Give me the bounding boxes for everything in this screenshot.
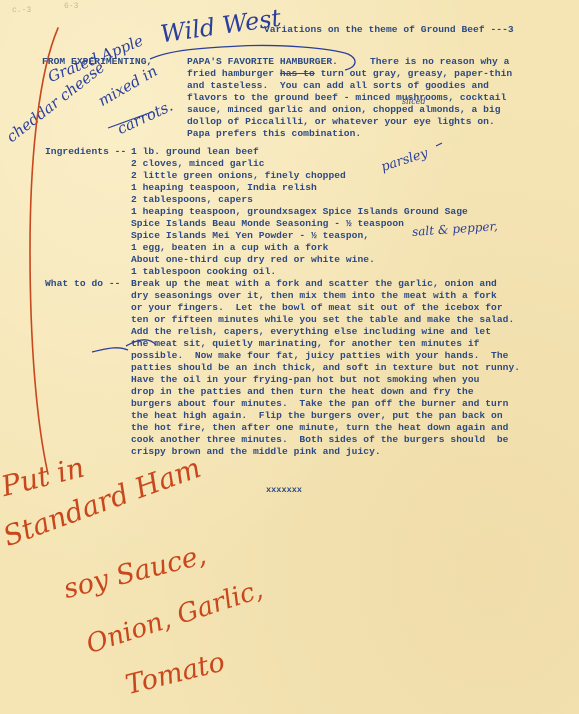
blue-arrow-possible — [92, 340, 156, 352]
blue-tick — [436, 143, 442, 146]
blue-title-loop — [150, 45, 355, 70]
pen-strokes — [0, 0, 579, 714]
red-margin-arc — [30, 28, 58, 474]
blue-underline — [108, 112, 152, 128]
